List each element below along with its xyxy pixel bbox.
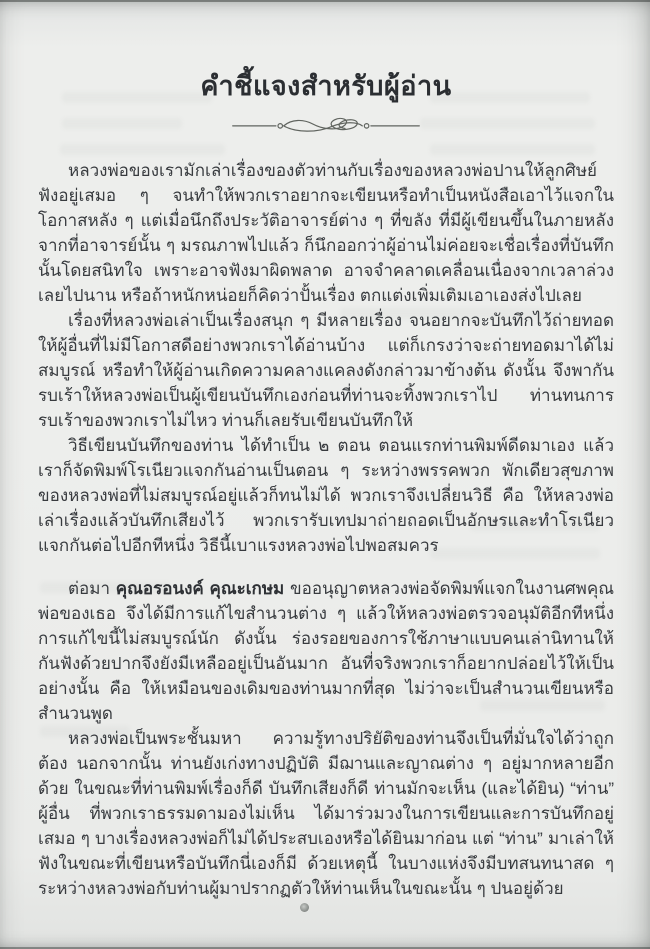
paragraph-1: หลวงพ่อของเรามักเล่าเรื่องของตัวท่านกับเ… — [38, 158, 614, 308]
page-title: คำชี้แจงสำหรับผู้อ่าน — [38, 64, 614, 107]
body-text: หลวงพ่อของเรามักเล่าเรื่องของตัวท่านกับเ… — [38, 158, 614, 901]
page-content: คำชี้แจงสำหรับผู้อ่าน หลวงพ่อของเรามักเล… — [0, 0, 650, 901]
paragraph-4-pre: ต่อมา — [68, 579, 116, 598]
paragraph-2: เรื่องที่หลวงพ่อเล่าเป็นเรื่องสนุก ๆ มีห… — [38, 308, 614, 433]
divider-flourish-icon — [38, 113, 614, 142]
paragraph-5: หลวงพ่อเป็นพระชั้นมหา ความรู้ทางปริยัติข… — [38, 726, 614, 901]
paragraph-4-post: ขออนุญาตหลวงพ่อจัดพิมพ์แจกในงานศพคุณพ่อข… — [38, 579, 614, 723]
paragraph-4: ต่อมา คุณอรอนงค์ คุณะเกษม ขออนุญาตหลวงพ่… — [38, 576, 614, 726]
book-page: คำชี้แจงสำหรับผู้อ่าน หลวงพ่อของเรามักเล… — [0, 0, 650, 949]
page-ornament-icon — [300, 903, 309, 912]
person-name: คุณอรอนงค์ คุณะเกษม — [116, 579, 285, 598]
paragraph-3: วิธีเขียนบันทึกของท่าน ได้ทำเป็น ๒ ตอน ต… — [38, 433, 614, 558]
